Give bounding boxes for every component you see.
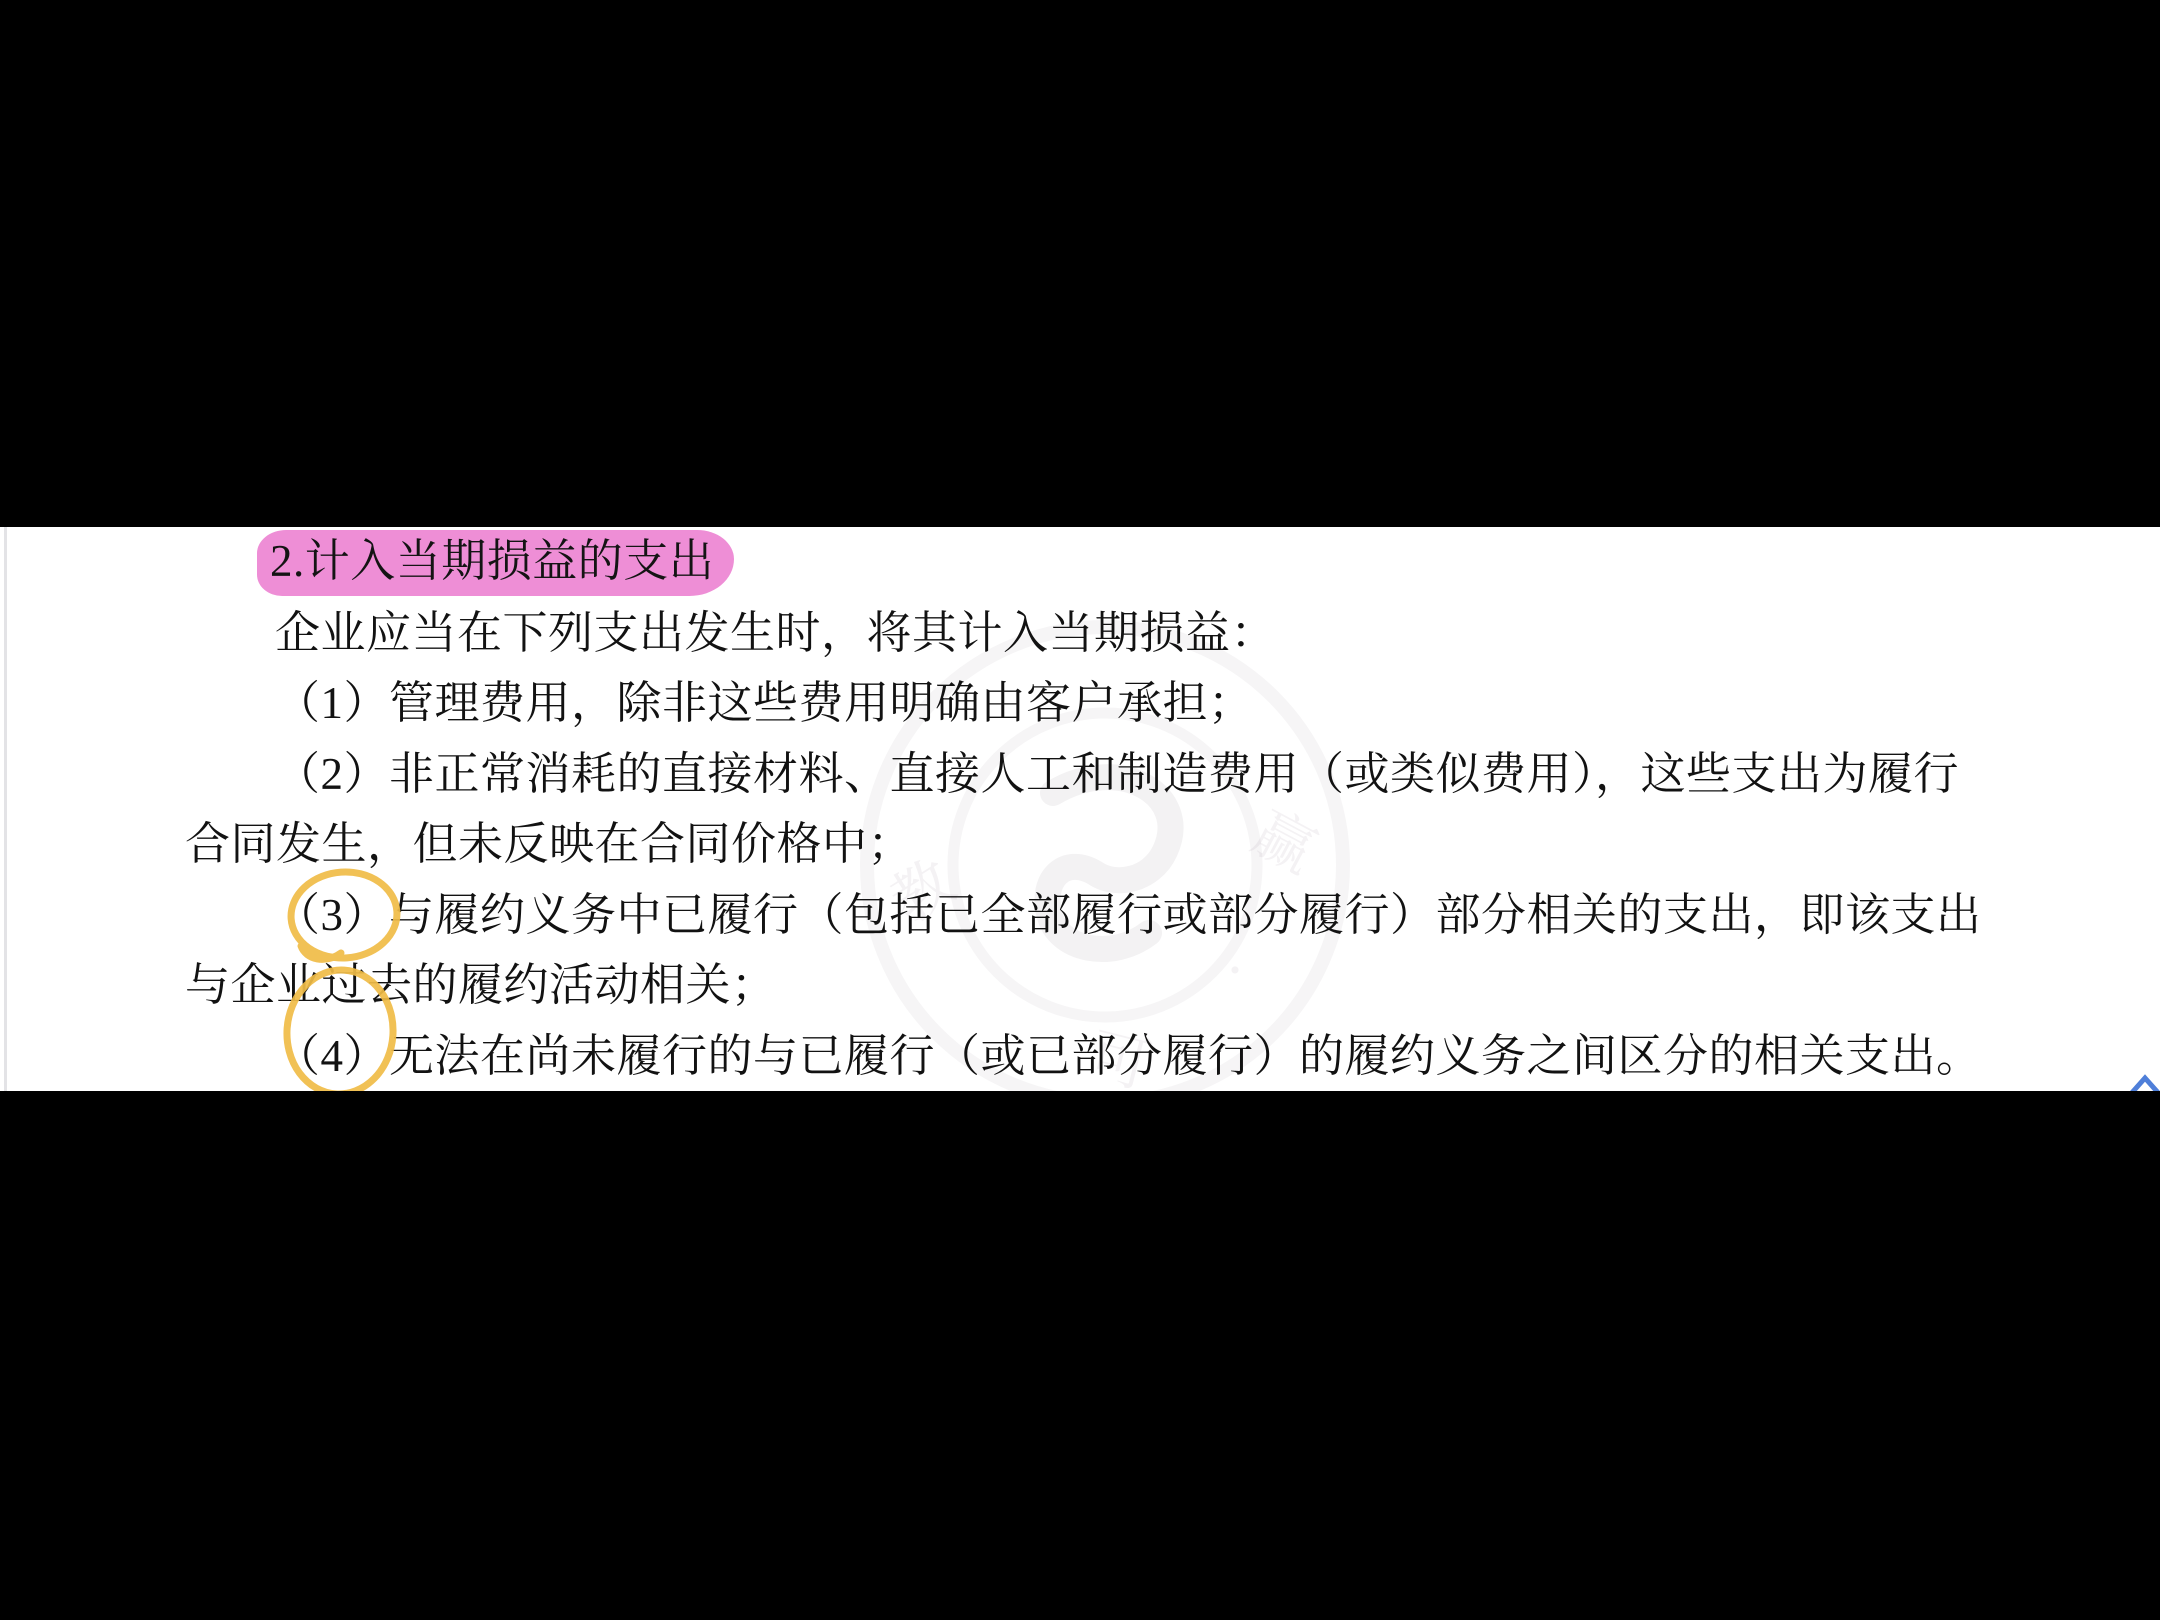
- document-text-column: 2.计入当期损益的支出 企业应当在下列支出发生时，将其计入当期损益： （1）管理…: [185, 527, 2120, 1091]
- document-line: （1）管理费用，除非这些费用明确由客户承担；: [185, 668, 2120, 739]
- document-line: （4）无法在尚未履行的与已履行（或已部分履行）的履约义务之间区分的相关支出。: [185, 1021, 2120, 1092]
- document-line: （3）与履约义务中已履行（包括已全部履行或部分履行）部分相关的支出，即该支出: [185, 880, 2120, 951]
- viewer-screen: 教 赢 可 · 2.计入当期损益的支出 企业应当在下列支出发生时，将其计入当期损…: [0, 0, 2160, 1620]
- document-page: 教 赢 可 · 2.计入当期损益的支出 企业应当在下列支出发生时，将其计入当期损…: [0, 527, 2160, 1091]
- section-heading: 2.计入当期损益的支出: [270, 536, 714, 586]
- document-line: 与企业过去的履约活动相关；: [185, 950, 2120, 1021]
- heading-highlight: 2.计入当期损益的支出: [257, 530, 734, 596]
- document-line: 合同发生，但未反映在合同价格中；: [185, 809, 2120, 880]
- section-heading-line: 2.计入当期损益的支出: [185, 527, 2120, 598]
- document-line: （2）非正常消耗的直接材料、直接人工和制造费用（或类似费用），这些支出为履行: [185, 739, 2120, 810]
- document-line: 企业应当在下列支出发生时，将其计入当期损益：: [185, 598, 2120, 669]
